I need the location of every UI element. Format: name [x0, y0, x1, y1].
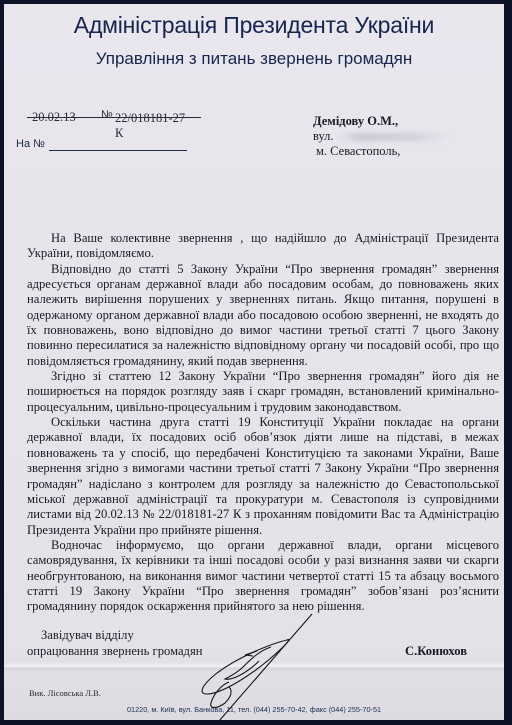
- addressee-name: Демідову О.М.,: [313, 114, 448, 129]
- signer-position-line2: опрацювання звернень громадян: [27, 644, 203, 658]
- letter-page: Адміністрація Президента України Управлі…: [4, 4, 504, 720]
- outgoing-reference: 20.02.13 № 22/018181-27 К: [16, 110, 191, 124]
- letterhead-title: Адміністрація Президента України: [4, 12, 504, 39]
- reference-underline: [27, 117, 201, 118]
- body-paragraph: На Ваше колективне звернення , що надійш…: [27, 231, 499, 262]
- body-paragraph: Оскільки частина друга статті 19 Констит…: [27, 415, 499, 538]
- signer-name: С.Конюхов: [405, 644, 467, 659]
- reference-number-label: №: [101, 109, 113, 121]
- executor-name: Вик. Лісовська Л.В.: [29, 688, 101, 698]
- reply-to-blank-line: [49, 150, 187, 151]
- reference-number: 22/018181-27 К: [115, 111, 191, 141]
- signer-position-line1: Завідувач відділу: [27, 627, 203, 643]
- street-label: вул.: [313, 129, 334, 143]
- letterhead-subtitle: Управління з питань звернень громадян: [4, 49, 504, 69]
- reply-to-label: На №: [16, 138, 45, 150]
- letter-body: На Ваше колективне звернення , що надійш…: [27, 231, 499, 615]
- body-paragraph: Згідно зі статтею 12 Закону України “Про…: [27, 369, 499, 415]
- addressee-city: м. Севастополь,: [313, 144, 448, 159]
- body-paragraph: Відповідно до статті 5 Закону України “П…: [27, 262, 499, 369]
- footer-address: 01220, м. Київ, вул. Банкова, 11, тел. (…: [127, 705, 381, 714]
- redacted-street: [338, 133, 448, 141]
- addressee-street: вул.: [313, 129, 448, 144]
- signature-icon: [199, 599, 349, 720]
- addressee-block: Демідову О.М., вул. м. Севастополь,: [313, 114, 448, 159]
- signer-position: Завідувач відділу опрацювання звернень г…: [27, 627, 203, 659]
